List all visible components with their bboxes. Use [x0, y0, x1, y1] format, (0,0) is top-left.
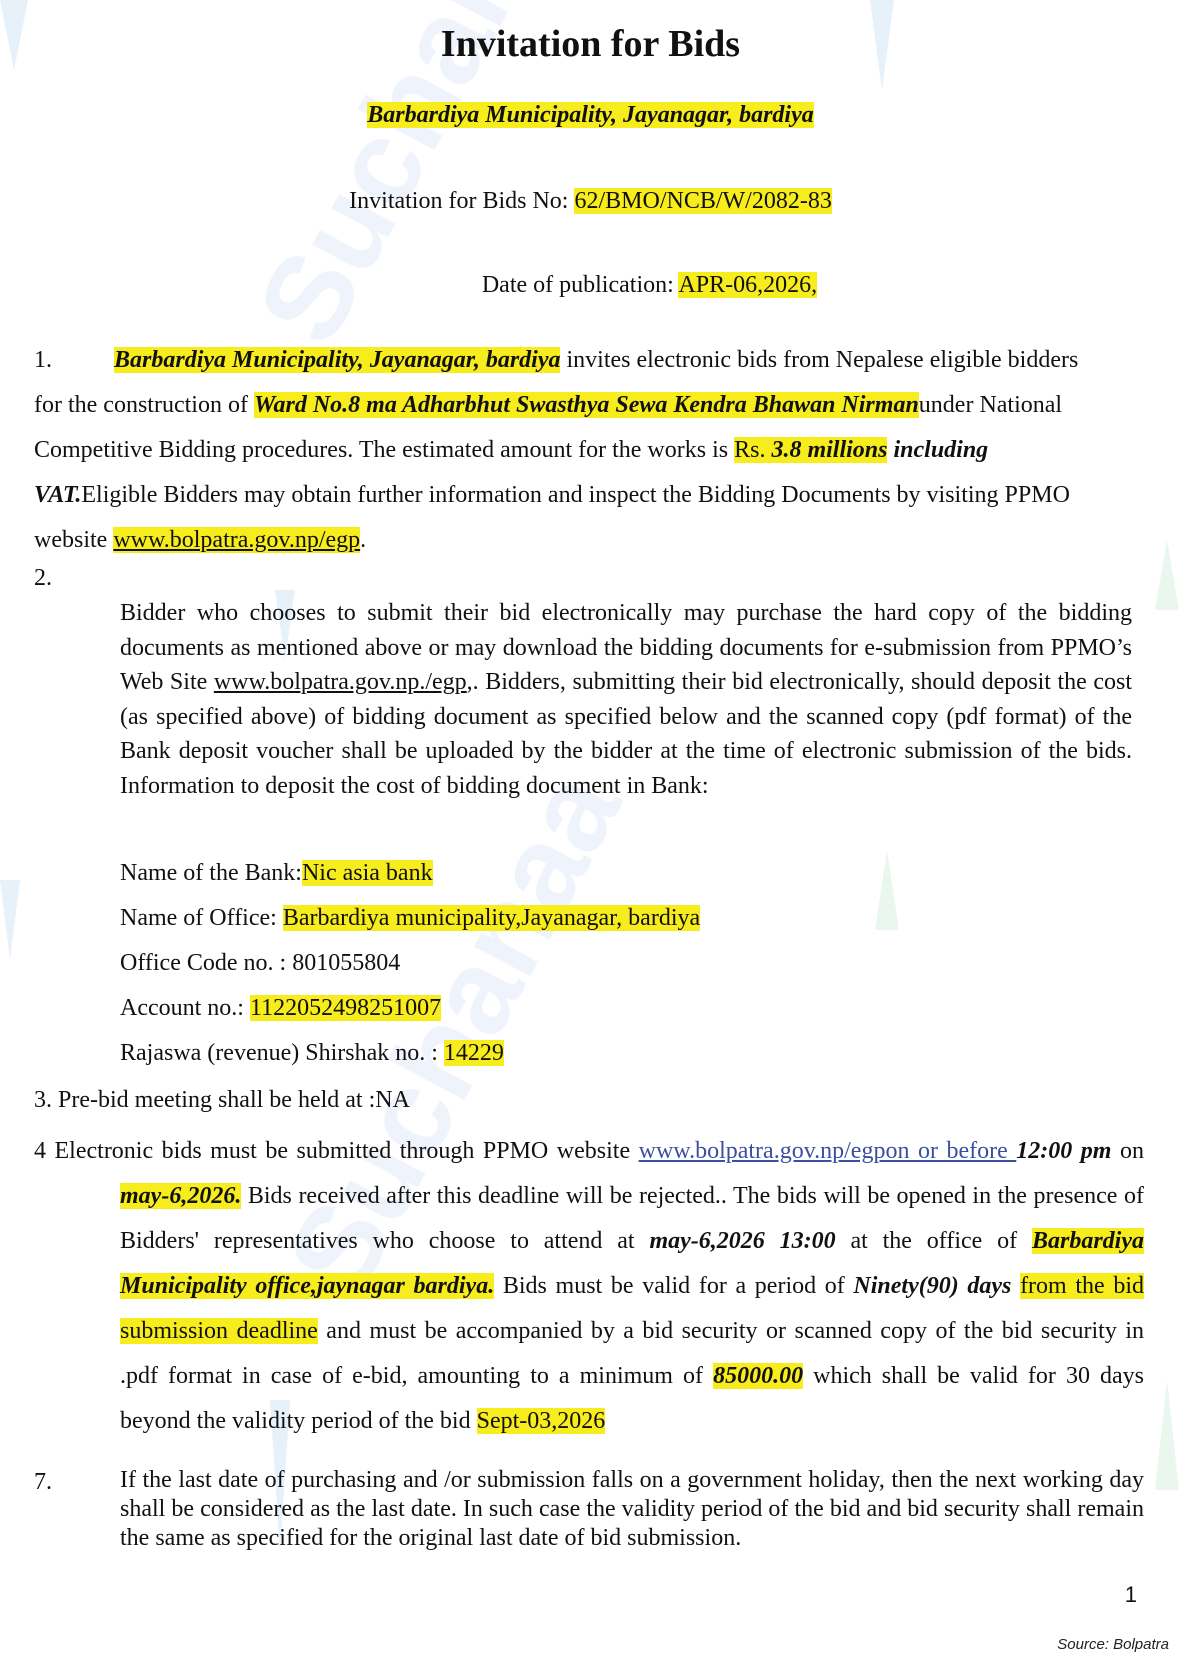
submission-deadline: may-6,2026. — [120, 1183, 241, 1209]
ppmo-egp-link[interactable]: www.bolpatra.gov.np/egpon or before — [639, 1138, 1017, 1164]
submission-time: 12:00 pm — [1016, 1138, 1111, 1164]
section-1-number: 1. — [34, 338, 52, 383]
publication-date-label: Date of publication: — [482, 272, 679, 298]
office-name-label: Name of Office: — [120, 905, 283, 931]
ppmo-website-link[interactable]: www.bolpatra.gov.np./egp — [214, 669, 467, 695]
publication-date-line: Date of publication: APR-06,2026, — [0, 272, 1181, 299]
bank-name-label: Name of the Bank: — [120, 860, 302, 886]
bid-security-amount: 85000.00 — [713, 1363, 803, 1389]
bid-security-validity-date: Sept-03,2026 — [477, 1408, 606, 1434]
watermark-arrow-icon — [0, 880, 20, 960]
bank-name: Nic asia bank — [302, 860, 433, 886]
watermark-arrow-icon — [1155, 1380, 1179, 1490]
section-4-text — [1011, 1273, 1020, 1299]
bank-name-line: Name of the Bank:Nic asia bank — [120, 860, 433, 887]
estimated-amount: 3.8 millions — [771, 437, 887, 463]
opening-datetime: may-6,2026 13:00 — [649, 1228, 835, 1254]
project-name: Ward No.8 ma Adharbhut Swasthya Sewa Ken… — [254, 392, 919, 418]
office-code-line: Office Code no. : 801055804 — [120, 950, 400, 977]
issuer-name: Barbardiya Municipality, Jayanagar, bard… — [367, 102, 813, 128]
section-7: If the last date of purchasing and /or s… — [120, 1466, 1144, 1553]
section-4-text: Bids must be valid for a period of — [494, 1273, 853, 1299]
issuer-line: Barbardiya Municipality, Jayanagar, bard… — [0, 102, 1181, 129]
office-code: 801055804 — [292, 950, 400, 976]
section-3: 3. Pre-bid meeting shall be held at :NA — [34, 1087, 410, 1114]
ppmo-website-link[interactable]: www.bolpatra.gov.np/egp — [113, 527, 360, 553]
account-number-line: Account no.: 1122052498251007 — [120, 995, 441, 1022]
revenue-code: 14229 — [444, 1040, 504, 1066]
page-number: 1 — [1125, 1582, 1137, 1608]
section-1-issuer: Barbardiya Municipality, Jayanagar, bard… — [114, 347, 560, 373]
document-title: Invitation for Bids — [0, 22, 1181, 66]
ifb-number-line: Invitation for Bids No: 62/BMO/NCB/W/208… — [0, 188, 1181, 215]
section-2-number: 2. — [34, 565, 52, 592]
ifb-number-label: Invitation for Bids No: — [349, 188, 574, 214]
account-number-label: Account no.: — [120, 995, 250, 1021]
office-name: Barbardiya municipality,Jayanagar, bardi… — [283, 905, 700, 931]
section-7-number: 7. — [34, 1469, 52, 1496]
section-1-text: . — [360, 527, 366, 553]
ifb-number: 62/BMO/NCB/W/2082-83 — [574, 188, 831, 214]
office-name-line: Name of Office: Barbardiya municipality,… — [120, 905, 700, 932]
amount-prefix: Rs. — [734, 437, 771, 463]
source-credit: Source: Bolpatra — [1057, 1636, 1169, 1653]
section-1: 1.Barbardiya Municipality, Jayanagar, ba… — [34, 338, 1084, 563]
watermark-arrow-icon — [875, 850, 899, 930]
bid-validity: Ninety(90) days — [853, 1273, 1011, 1299]
section-4-text: 4 Electronic bids must be submitted thro… — [34, 1138, 639, 1164]
publication-date: APR-06,2026, — [678, 272, 817, 298]
revenue-code-line: Rajaswa (revenue) Shirshak no. : 14229 — [120, 1040, 504, 1067]
revenue-code-label: Rajaswa (revenue) Shirshak no. : — [120, 1040, 444, 1066]
watermark-arrow-icon — [1155, 540, 1179, 610]
section-4-text: on — [1111, 1138, 1144, 1164]
section-2: Bidder who chooses to submit their bid e… — [120, 596, 1132, 803]
section-4: 4 Electronic bids must be submitted thro… — [120, 1129, 1144, 1444]
section-4-text: at the office of — [836, 1228, 1032, 1254]
account-number: 1122052498251007 — [250, 995, 441, 1021]
office-code-label: Office Code no. : — [120, 950, 292, 976]
